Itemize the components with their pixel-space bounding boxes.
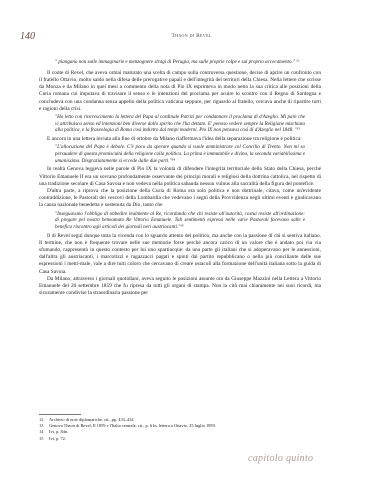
block-quote-14: "L'allocuzione del Papa è debole. C'è po… <box>55 144 305 164</box>
paragraph-5: Il di Revel seguì dunque tutta la vicend… <box>39 233 321 276</box>
main-text: " piangano non sulle immaginarie e menzo… <box>39 59 321 298</box>
footnote-15: 15Ivi, p. 72. <box>39 436 329 442</box>
paragraph-4: D'altra parte, a riprova che la posizion… <box>39 188 321 210</box>
paragraph-2: E ancora in una lettera inviata alla fin… <box>39 136 321 143</box>
footnote-divider <box>39 414 81 415</box>
block-quote-15: "Inseguavano l'obbligo di obbedire lealm… <box>55 211 305 231</box>
paragraph-1: Il conte di Revel, che aveva ormai matur… <box>39 70 321 113</box>
paragraph-6: Da Milano, attraverso i giornali quotidi… <box>39 276 321 298</box>
chapter-mark: capitolo quinto <box>248 453 313 464</box>
block-quote-12: " piangano non sulle immaginarie e menzo… <box>55 59 305 66</box>
block-quote-13: "Ho letto con rincrescimento la lettera … <box>55 114 305 134</box>
footnotes: 12Archivio di note diplomatiche, cit., p… <box>39 417 329 442</box>
running-head: Thaon di Revel <box>0 33 383 39</box>
paragraph-3: In realtà Genova leggeva nelle parole di… <box>39 166 321 188</box>
